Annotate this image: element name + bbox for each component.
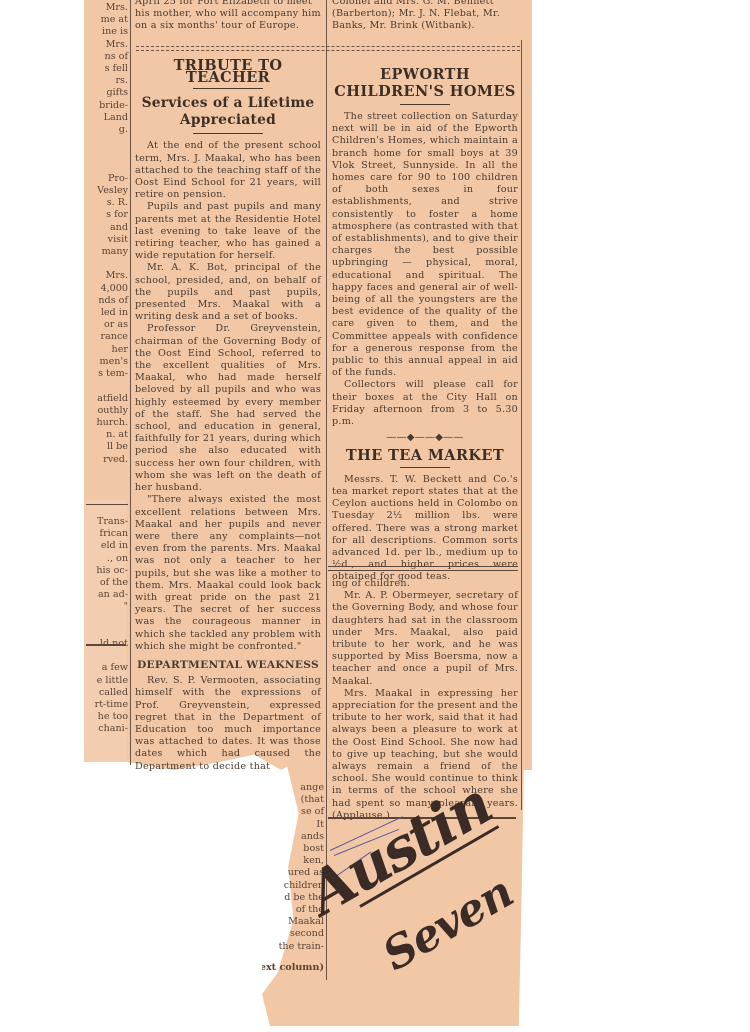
left-fragment-line: atfield xyxy=(86,393,128,405)
left-fragment-line: chani- xyxy=(86,723,128,735)
left-fragment-line: his oc- xyxy=(86,565,128,577)
tribute-paragraph: Mr. A. K. Bot, principal of the school, … xyxy=(135,262,321,323)
top-left-line: his mother, who will accompany him xyxy=(135,8,325,20)
left-fragment-line: Mrs. xyxy=(86,39,128,51)
left-fragment-divider-2 xyxy=(86,644,126,646)
left-fragment-line xyxy=(86,136,128,148)
subheadline-rule xyxy=(193,133,263,134)
tea-bottom-rule-2 xyxy=(328,570,518,571)
tea-paragraph: Messrs. T. W. Beckett and Co.'s tea mark… xyxy=(332,474,518,584)
torn-fragment-line: Maakal xyxy=(270,916,324,928)
left-fragment-line: rance xyxy=(86,331,128,343)
left-fragment-line: s tem- xyxy=(86,368,128,380)
left-fragment-line: g. xyxy=(86,124,128,136)
left-fragment-line: of the xyxy=(86,577,128,589)
top-right-line: Banks, Mr. Brink (Witbank). xyxy=(332,20,522,32)
left-fragment-line xyxy=(86,148,128,160)
torn-fragment-line: second xyxy=(270,928,324,940)
left-fragment-line: s. R. xyxy=(86,197,128,209)
epworth-paragraph: Collectors will please call for their bo… xyxy=(332,379,518,428)
top-strip-right: Colonel and Mrs. G. M. Bennett (Barberto… xyxy=(332,0,522,33)
top-left-line: April 25 for Port Elizabeth to meet xyxy=(135,0,325,8)
left-fragment-line: nds of xyxy=(86,295,128,307)
top-right-line: Colonel and Mrs. G. M. Bennett xyxy=(332,0,522,8)
left-fragment-line: a few xyxy=(86,662,128,674)
torn-fragment-line: It xyxy=(270,819,324,831)
left-fragment-line: outhly xyxy=(86,405,128,417)
left-fragment-line: led in xyxy=(86,307,128,319)
left-fragment-line xyxy=(86,161,128,173)
continued-note: (Continued in next column.) xyxy=(262,962,324,974)
left-fragment-line: called xyxy=(86,687,128,699)
torn-fragment-line: ands xyxy=(270,831,324,843)
tea-headline: THE TEA MARKET xyxy=(332,450,518,462)
column-rule-right xyxy=(521,40,522,810)
left-fragment-line: me at xyxy=(86,14,128,26)
tribute-headline: TRIBUTE TO TEACHER xyxy=(135,60,321,84)
left-fragment-line: and xyxy=(86,222,128,234)
epworth-article: EPWORTH CHILDREN'S HOMES The street coll… xyxy=(332,60,518,584)
column-rule-middle xyxy=(326,0,327,980)
tribute-paragraph: Pupils and past pupils and many parents … xyxy=(135,201,321,262)
left-fragment-line: ine is xyxy=(86,26,128,38)
left-fragment-line: 4,000 xyxy=(86,283,128,295)
left-fragment-line: many xyxy=(86,246,128,258)
left-fragment-line: bride- xyxy=(86,100,128,112)
departmental-weakness-heading: DEPARTMENTAL WEAKNESS xyxy=(135,659,321,671)
left-fragment-line xyxy=(86,650,128,662)
torn-fragment-line: ange xyxy=(270,782,324,794)
left-fragment-line: rs. xyxy=(86,75,128,87)
column-rule-left xyxy=(130,0,131,765)
left-fragment-line: e little xyxy=(86,675,128,687)
left-fragment-line: or as xyxy=(86,319,128,331)
departmental-paragraph: Rev. S. P. Vermooten, associating himsel… xyxy=(135,675,321,773)
left-fragment-line: rved. xyxy=(86,454,128,466)
headline-rule xyxy=(193,88,263,89)
left-fragment-line: n. at xyxy=(86,429,128,441)
left-fragment-line: ., on xyxy=(86,553,128,565)
tribute-subheadline: Services of a Lifetime Appreciated xyxy=(135,95,321,129)
left-fragment-line: Trans- xyxy=(86,516,128,528)
top-divider xyxy=(136,46,520,51)
epworth-headline-rule xyxy=(400,104,450,105)
top-left-line: on a six months' tour of Europe. xyxy=(135,20,325,32)
left-fragment-line: her xyxy=(86,344,128,356)
torn-fragment-line: (that xyxy=(270,794,324,806)
tea-headline-rule xyxy=(400,467,450,468)
left-fragment-line: hurch. xyxy=(86,417,128,429)
left-column-fragments-lower: Trans-fricaneld in., onhis oc-of thean a… xyxy=(86,516,128,736)
epworth-paragraph: The street collection on Saturday next w… xyxy=(332,111,518,379)
tea-bottom-rule xyxy=(328,566,518,567)
left-fragment-line: gifts xyxy=(86,87,128,99)
tribute-paragraph: At the end of the present school term, M… xyxy=(135,140,321,201)
left-fragment-line: visit xyxy=(86,234,128,246)
torn-fragment-line: se of xyxy=(270,806,324,818)
left-column-fragments-upper: Mrs.me atine isMrs.ns ofs fellrs.giftsbr… xyxy=(86,2,128,466)
left-fragment-line xyxy=(86,258,128,270)
left-fragment-line: frican xyxy=(86,528,128,540)
tribute-paragraph: Professor Dr. Greyvenstein, chairman of … xyxy=(135,323,321,494)
continued-paragraph: Mr. A. P. Obermeyer, secretary of the Go… xyxy=(332,590,518,688)
left-fragment-line: " xyxy=(86,601,128,613)
top-right-line: (Barberton); Mr. J. N. Flebat, Mr. xyxy=(332,8,522,20)
epworth-headline: EPWORTH CHILDREN'S HOMES xyxy=(332,66,518,100)
left-fragment-line: Mrs. xyxy=(86,2,128,14)
ornamental-divider: ——◆——◆—— xyxy=(332,432,518,444)
left-fragment-line xyxy=(86,380,128,392)
left-fragment-line: men's xyxy=(86,356,128,368)
left-fragment-line xyxy=(86,614,128,626)
tribute-article: TRIBUTE TO TEACHER Services of a Lifetim… xyxy=(135,54,321,773)
left-fragment-line: Land xyxy=(86,112,128,124)
left-fragment-line: Pro- xyxy=(86,173,128,185)
torn-fragment-line: the train- xyxy=(270,941,324,953)
left-fragment-line: s for xyxy=(86,209,128,221)
left-fragment-line: eld in xyxy=(86,540,128,552)
left-fragment-divider xyxy=(86,504,128,505)
left-fragment-line xyxy=(86,626,128,638)
left-fragment-line: Mrs. xyxy=(86,270,128,282)
left-fragment-line: an ad- xyxy=(86,589,128,601)
left-fragment-line: s fell xyxy=(86,63,128,75)
left-fragment-line: he too xyxy=(86,711,128,723)
left-fragment-line: Vesley xyxy=(86,185,128,197)
torn-fragment-line: bost xyxy=(270,843,324,855)
tribute-continued-article: ing of children. Mr. A. P. Obermeyer, se… xyxy=(332,578,518,822)
left-fragment-line: ll be xyxy=(86,441,128,453)
left-fragment-line: ns of xyxy=(86,51,128,63)
left-fragment-line: rt-time xyxy=(86,699,128,711)
torn-fragment-line: of the xyxy=(270,904,324,916)
tribute-paragraph: "There always existed the most excellent… xyxy=(135,494,321,653)
continued-paragraph: ing of children. xyxy=(332,578,518,590)
top-strip-left: April 25 for Port Elizabeth to meet his … xyxy=(135,0,325,33)
